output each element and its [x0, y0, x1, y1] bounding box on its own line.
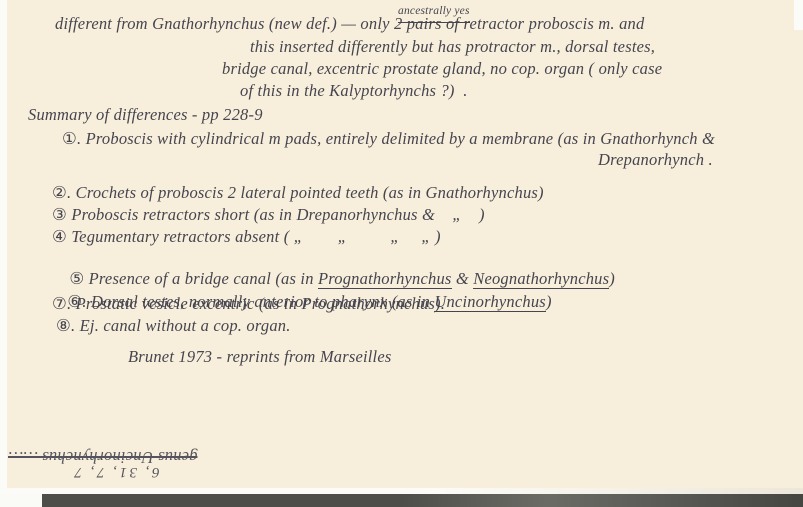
genus-uncinorhynchus: Uncinorhynchus: [434, 292, 546, 312]
note-line-1: different from Gnathorhynchus (new def.)…: [55, 14, 644, 34]
summary-item-1-continuation: Drepanorhynch .: [598, 150, 713, 170]
date-code: 6, 31, 7, 7: [72, 462, 160, 482]
note-line-3: bridge canal, excentric prostate gland, …: [222, 59, 662, 79]
summary-item-2: ②. Crochets of proboscis 2 lateral point…: [52, 183, 544, 203]
summary-item-1: ①. Proboscis with cylindrical m pads, en…: [62, 129, 715, 149]
summary-item-3: ③ Proboscis retractors short (as in Drep…: [52, 205, 485, 225]
scanner-bed-strip: [0, 494, 803, 507]
note-line-4: of this in the Kalyptorhynchs ?) .: [240, 81, 468, 101]
summary-heading: Summary of differences - pp 228-9: [28, 105, 263, 125]
reference-line: Brunet 1973 - reprints from Marseilles: [128, 347, 392, 367]
note-line-2: this inserted differently but has protra…: [250, 37, 655, 57]
index-card-scan: ancestrally yes different from Gnathorhy…: [0, 0, 803, 507]
summary-item-8: ⑧. Ej. canal without a cop. organ.: [56, 316, 291, 336]
scan-edge-left: [0, 0, 7, 507]
scan-corner-top-right: [794, 0, 803, 30]
summary-item-4: ④ Tegumentary retractors absent ( „ „ „ …: [52, 227, 441, 247]
summary-item-7: ⑦. Prostatic vesicle excentric (as in Pr…: [52, 294, 445, 314]
item-5-close: ): [609, 269, 615, 288]
item-6-close: ): [546, 292, 552, 311]
